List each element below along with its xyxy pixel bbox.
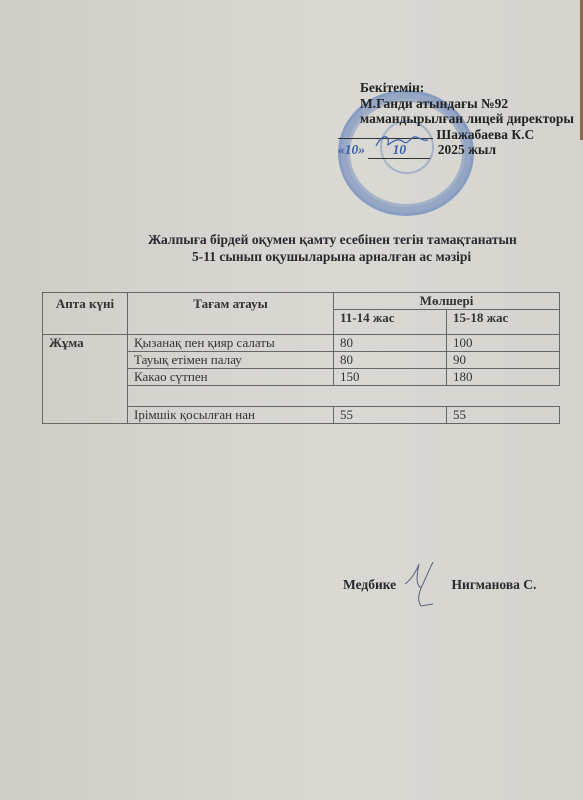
header-age-15-18: 15-18 жас [447,310,560,335]
nurse-role: Медбике [343,577,396,593]
age1-cell: 55 [334,407,447,424]
dish-cell: Тауық етімен палау [128,352,334,369]
age1-cell: 80 [334,352,447,369]
header-dish: Тағам атауы [128,293,334,335]
director-signature-icon [372,132,432,150]
approval-heading: Бекітемін: [360,80,583,96]
header-amount: Мөлшері [334,293,560,310]
nurse-name: Нигманова С. [452,577,537,593]
title-line-1: Жалпыға бірдей оқумен қамту есебінен тег… [0,232,583,249]
empty-cell [128,386,560,407]
header-day: Апта күні [43,293,128,335]
age2-cell: 180 [447,369,560,386]
dish-cell: Қызанақ пен қияр салаты [128,335,334,352]
table-header-row: Апта күні Тағам атауы Мөлшері [43,293,560,310]
date-year: 2025 жыл [438,142,496,157]
age1-cell: 80 [334,335,447,352]
menu-table: Апта күні Тағам атауы Мөлшері 11-14 жас … [42,292,560,424]
approval-school: М.Ганди атындағы №92 [360,96,583,112]
age2-cell: 100 [447,335,560,352]
table-row: Жұма Қызанақ пен қияр салаты 80 100 [43,335,560,352]
dish-cell: Ірімшік қосылған нан [128,407,334,424]
document-title: Жалпыға бірдей оқумен қамту есебінен тег… [0,232,583,265]
header-age-11-14: 11-14 жас [334,310,447,335]
day-cell: Жұма [43,335,128,424]
dish-cell: Какао сүтпен [128,369,334,386]
age1-cell: 150 [334,369,447,386]
age2-cell: 90 [447,352,560,369]
age2-cell: 55 [447,407,560,424]
director-name: Шажабаева К.С [436,127,534,142]
title-line-2: 5-11 сынып оқушыларына арналған ас мәзір… [0,249,583,266]
approval-position: мамандырылған лицей директоры [360,111,583,127]
footer-signature: Медбике Нигманова С. [343,577,536,593]
date-day: «10» [338,142,365,157]
